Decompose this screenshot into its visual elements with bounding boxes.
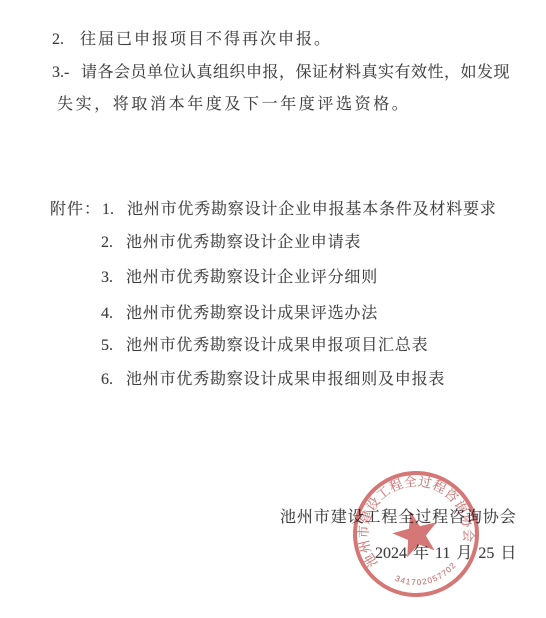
- signature-organization: 池州市建设工程全过程咨询协会: [280, 507, 517, 529]
- attachment-title: 池州市优秀勘察设计企业评分细则: [126, 269, 378, 286]
- signature-date: 2024 年 11 月 25 日: [375, 543, 516, 565]
- attachment-number: 2.: [101, 232, 126, 254]
- attachment-item: 6.池州市优秀勘察设计成果申报细则及申报表: [101, 369, 445, 391]
- list-number: 2.: [52, 29, 80, 51]
- attachment-title: 池州市优秀勘察设计企业申报基本条件及材料要求: [127, 201, 497, 218]
- paragraph-line: 3.-请各会员单位认真组织申报，保证材料真实有效性，如发现: [52, 62, 510, 84]
- seal-ring: [346, 464, 486, 604]
- attachment-item: 3.池州市优秀勘察设计企业评分细则: [101, 267, 378, 289]
- attachment-number: 5.: [101, 335, 126, 357]
- attachment-item: 2.池州市优秀勘察设计企业申请表: [101, 232, 361, 254]
- attachment-title: 池州市优秀勘察设计成果申报细则及申报表: [126, 371, 445, 388]
- list-number: 3.-: [52, 62, 81, 84]
- attachment-title: 池州市优秀勘察设计成果评选办法: [126, 305, 378, 322]
- paragraph-line: 失实，将取消本年度及下一年度评选资格。: [57, 94, 410, 116]
- paragraph-line: 2.往届已申报项目不得再次申报。: [52, 29, 332, 51]
- attachment-item: 5.池州市优秀勘察设计成果申报项目汇总表: [101, 335, 428, 357]
- paragraph-text: 往届已申报项目不得再次申报。: [80, 31, 332, 48]
- attachment-item: 4.池州市优秀勘察设计成果评选办法: [101, 303, 378, 325]
- attachment-number: 1.: [102, 199, 127, 221]
- attachment-title: 池州市优秀勘察设计成果申报项目汇总表: [126, 337, 428, 354]
- attachments-label: 附件：: [50, 199, 102, 221]
- document-page: 2.往届已申报项目不得再次申报。 3.-请各会员单位认真组织申报，保证材料真实有…: [0, 0, 546, 618]
- attachment-number: 4.: [101, 303, 126, 325]
- attachment-title: 池州市优秀勘察设计企业申请表: [126, 234, 361, 251]
- attachments-header-line: 附件：1.池州市优秀勘察设计企业申报基本条件及材料要求: [50, 199, 497, 221]
- paragraph-text: 失实，将取消本年度及下一年度评选资格。: [57, 96, 410, 113]
- official-seal: 池州市建设工程全过程咨询协会 341702057702: [346, 464, 486, 604]
- attachment-number: 6.: [101, 369, 126, 391]
- attachment-number: 3.: [101, 267, 126, 289]
- paragraph-text: 请各会员单位认真组织申报，保证材料真实有效性，如发现: [81, 64, 510, 81]
